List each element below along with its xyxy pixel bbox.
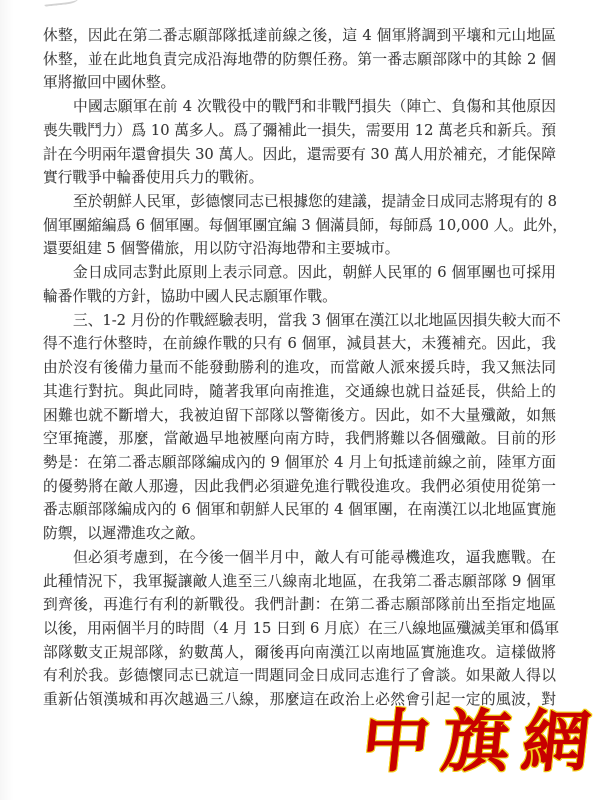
scan-edge-shading [0,0,14,800]
text-line: 計在今明兩年還會損失 30 萬人。因此，還需要有 30 萬人用於補充，才能保障 [43,143,556,167]
text-line: 休整，因此在第二番志願部隊抵達前線之後，這 4 個軍將調到平壤和元山地區 [43,24,556,48]
text-line: 個軍團縮編爲 6 個軍團。每個軍團宜編 3 個滿員師，每師爲 10,000 人。… [43,214,556,238]
text-line: 防禦，以遲滯進攻之敵。 [43,522,556,546]
text-line: 軍將撤回中國休整。 [43,71,556,95]
paragraph-4: 金日成同志對此原則上表示同意。因此，朝鮮人民軍的 6 個軍團也可採用 輪番作戰的… [43,261,556,308]
paragraph-5: 三、1-2 月份的作戰經驗表明，當我 3 個軍在漢江以北地區因損失較大而不 得不… [43,309,556,546]
scan-corner-mark [44,0,79,7]
text-line: 三、1-2 月份的作戰經驗表明，當我 3 個軍在漢江以北地區因損失較大而不 [43,309,556,333]
watermark-char: 旗 [438,708,513,776]
watermark-char: 網 [518,708,593,776]
text-line: 還要組建 5 個警備旅，用以防守沿海地帶和主要城市。 [43,237,556,261]
text-line: 得不進行休整時，在前線作戰的只有 6 個軍，減員甚大，未獲補充。因此，我 [43,332,556,356]
text-line: 喪失戰鬥力）爲 10 萬多人。爲了彌補此一損失，需要用 12 萬老兵和新兵。預 [43,119,556,143]
document-body: 休整，因此在第二番志願部隊抵達前線之後，這 4 個軍將調到平壤和元山地區 休整，… [43,24,556,712]
text-line: 到齊後，再進行有利的新戰役。我們計劃：在第二番志願部隊前出至指定地區 [43,593,556,617]
text-line: 以後，用兩個半月的時間（4 月 15 日到 6 月底）在三八線地區殲滅美軍和僞軍 [43,617,556,641]
text-line: 其進行對抗。與此同時，隨著我軍向南推進，交通線也就日益延長，供給上的 [43,380,556,404]
text-line: 由於沒有後備力量而不能發動勝利的進攻，而當敵人派來援兵時，我又無法同 [43,356,556,380]
text-line: 中國志願軍在前 4 次戰役中的戰鬥和非戰鬥損失（陣亡、負傷和其他原因 [43,95,556,119]
paragraph-3: 至於朝鮮人民軍，彭德懷同志已根據您的建議，提請金日成同志將現有的 8 個軍團縮編… [43,190,556,261]
site-watermark: 中 旗 網 [362,700,590,784]
text-line: 的優勢將在敵人那邊，因此我們必須避免進行戰役進攻。我們必須使用從第一 [43,475,556,499]
text-line: 至於朝鮮人民軍，彭德懷同志已根據您的建議，提請金日成同志將現有的 8 [43,190,556,214]
text-line: 有利於我。彭德懷同志已就這一問題同金日成同志進行了會談。如果敵人得以 [43,664,556,688]
text-line: 部隊數支正規部隊，約數萬人，爾後再向南漢江以南地區實施進攻。這樣做將 [43,641,556,665]
paragraph-2: 中國志願軍在前 4 次戰役中的戰鬥和非戰鬥損失（陣亡、負傷和其他原因 喪失戰鬥力… [43,95,556,190]
paragraph-1: 休整，因此在第二番志願部隊抵達前線之後，這 4 個軍將調到平壤和元山地區 休整，… [43,24,556,95]
text-line: 番志願部隊編成內的 6 個軍和朝鮮人民軍的 4 個軍團，在南漢江以北地區實施 [43,498,556,522]
text-line: 休整，並在此地負責完成沿海地帶的防禦任務。第一番志願部隊中的其餘 2 個 [43,48,556,72]
paragraph-6: 但必須考慮到，在今後一個半月中，敵人有可能尋機進攻，逼我應戰。在 此種情況下，我… [43,546,556,712]
text-line: 金日成同志對此原則上表示同意。因此，朝鮮人民軍的 6 個軍團也可採用 [43,261,556,285]
watermark-char: 中 [358,708,433,776]
text-line: 此種情況下，我軍擬讓敵人進至三八線南北地區，在我第二番志願部隊 9 個軍 [43,570,556,594]
text-line: 實行戰爭中輪番使用兵力的戰術。 [43,166,556,190]
text-line: 空軍掩護，那麼，當敵過早地被壓向南方時，我們將難以各個殲敵。目前的形 [43,427,556,451]
text-line: 輪番作戰的方針，協助中國人民志願軍作戰。 [43,285,556,309]
text-line: 但必須考慮到，在今後一個半月中，敵人有可能尋機進攻，逼我應戰。在 [43,546,556,570]
text-line: 勢是：在第二番志願部隊編成內的 9 個軍於 4 月上旬抵達前線之前，陸軍方面 [43,451,556,475]
text-line: 困難也就不斷增大，我被迫留下部隊以警衛後方。因此，如不大量殲敵，如無 [43,404,556,428]
